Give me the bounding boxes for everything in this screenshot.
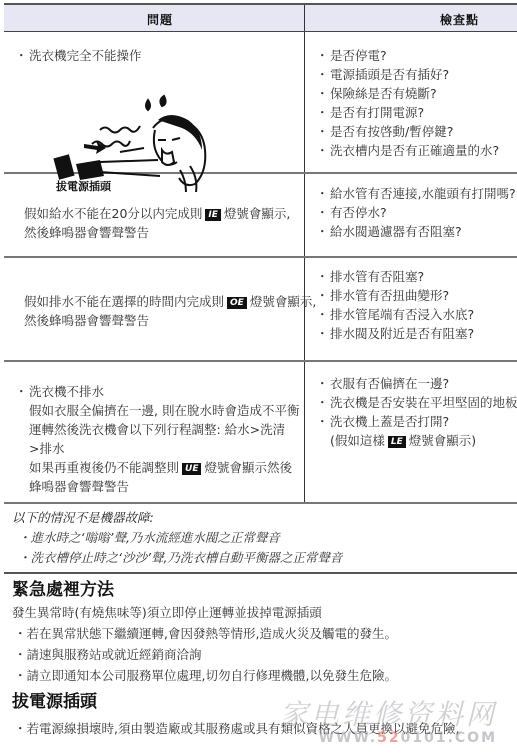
problem-text: 燈號會顯示, xyxy=(224,206,290,221)
emergency-intro: 發生異常時(有燒焦味等)須立即停止運轉並拔掉電源插頭 xyxy=(12,602,397,623)
problem-cell: 洗衣機完全不能操作 xyxy=(4,32,305,172)
unplug-item: 若電源線損壞時,須由製造廠或其服務處或具有類似資格之人員更換以避免危險, xyxy=(12,718,459,739)
table-row: 假如給水不能在20分以内完成則IE燈號會顯示, 然後蜂鳴器會響聲警告 給水管有否… xyxy=(4,174,517,258)
header-problem-cell: 問題 xyxy=(4,5,305,31)
error-code-badge: IE xyxy=(205,209,221,221)
problem-cell: 洗衣機不排水 假如衣服全偏擠在一邊, 則在脫水時會造成不平衡 運轉然後洗衣機會以… xyxy=(4,362,305,502)
header-check: 檢查點 xyxy=(440,11,479,28)
error-code-badge: OE xyxy=(227,297,247,309)
problem-bullet: 洗衣機完全不能操作 xyxy=(15,46,142,65)
section-divider xyxy=(4,572,517,574)
problem-text: 然後蜂鳴器會響聲警告 xyxy=(24,223,290,242)
troubleshooting-table: 問題 檢查點 洗衣機完全不能操作 xyxy=(4,3,517,504)
problem-text: 然後蜂鳴器會響聲警告 xyxy=(24,311,316,330)
problem-cell: 假如給水不能在20分以内完成則IE燈號會顯示, 然後蜂鳴器會響聲警告 xyxy=(4,174,305,256)
emergency-item: 若在異常狀態下繼續運轉,會因發熱等情形,造成火災及觸電的發生。 xyxy=(12,623,397,644)
check-cell: 是否停電? 電源插頭是否有插好? 保險絲是否有燒斷? 是否有打開電源? 是否有按… xyxy=(305,32,517,172)
check-item: 保險絲是否有燒斷? xyxy=(316,84,499,103)
header-check-cell: 檢查點 xyxy=(305,5,517,31)
problem-text: 運轉然後洗衣機會以下列行程調整: 給水>洗清 xyxy=(29,420,299,439)
check-item: 衣服有否偏擠在一邊? xyxy=(316,374,517,393)
note-item: 進水時之‘嗡嗡’聲,乃水流經進水閥之正常聲音 xyxy=(12,528,342,548)
table-row: 假如排水不能在選擇的時間内完成則OE燈號會顯示, 然後蜂鳴器會響聲警告 排水管有… xyxy=(4,258,517,362)
problem-cell: 假如排水不能在選擇的時間内完成則OE燈號會顯示, 然後蜂鳴器會響聲警告 xyxy=(4,258,305,360)
check-item: 洗衣機是否安裝在平坦堅固的地板? xyxy=(316,393,517,412)
check-item: 是否停電? xyxy=(316,46,499,65)
table-row: 洗衣機不排水 假如衣服全偏擠在一邊, 則在脫水時會造成不平衡 運轉然後洗衣機會以… xyxy=(4,362,517,504)
problem-text: 蜂鳴器會響聲警告 xyxy=(29,477,299,496)
check-item: 是否有按啓動/暫停鍵? xyxy=(316,122,499,141)
check-item: 排水管有否阻塞? xyxy=(316,267,474,286)
check-cell: 排水管有否阻塞? 排水管有否扭曲變形? 排水管尾端有否浸入水底? 排水閥及附近是… xyxy=(305,258,517,360)
check-cell: 給水管有否連接,水龍頭有打開嗎? 有否停水? 給水閥過濾器有否阻塞? xyxy=(305,174,517,256)
check-item: 排水管有否扭曲變形? xyxy=(316,286,474,305)
problem-text: 假如排水不能在選擇的時間内完成則 xyxy=(24,294,224,309)
problem-text: 假如給水不能在20分以内完成則 xyxy=(24,206,202,221)
check-note: (假如這樣 xyxy=(330,433,385,448)
unplug-title: 拔電源插頭 xyxy=(12,690,459,714)
emergency-item: 請立即通知本公司服務單位處理,切勿自行修理機體,以免發生危險。 xyxy=(12,665,397,686)
check-item: 電源插頭是否有插好? xyxy=(316,65,499,84)
check-item: 洗衣機上蓋是否打開? xyxy=(316,412,517,431)
check-item: 給水管有否連接,水龍頭有打開嗎? xyxy=(316,184,516,203)
check-item: 給水閥過濾器有否阻塞? xyxy=(316,222,516,241)
note-title: 以下的情況不是機器故障: xyxy=(12,508,342,528)
not-malfunction-note: 以下的情況不是機器故障: 進水時之‘嗡嗡’聲,乃水流經進水閥之正常聲音 洗衣槽停… xyxy=(12,508,342,568)
check-item: 洗衣槽内是否有正確適量的水? xyxy=(316,141,499,160)
problem-bullet: 洗衣機不排水 xyxy=(15,382,299,401)
unplug-section: 拔電源插頭 若電源線損壞時,須由製造廠或其服務處或具有類似資格之人員更換以避免危… xyxy=(12,690,459,739)
problem-text: 如果再重複後仍不能調整則 xyxy=(29,460,179,475)
error-code-badge: UE xyxy=(182,463,201,475)
error-code-badge: LE xyxy=(388,436,406,448)
check-note: 燈號會顯示) xyxy=(409,433,476,448)
problem-text: >排水 xyxy=(29,439,299,458)
emergency-title: 緊急處裡方法 xyxy=(12,578,397,602)
check-item: 是否有打開電源? xyxy=(316,103,499,122)
check-cell: 衣服有否偏擠在一邊? 洗衣機是否安裝在平坦堅固的地板? 洗衣機上蓋是否打開? (… xyxy=(305,362,517,502)
problem-text: 燈號會顯示然後 xyxy=(204,460,292,475)
emergency-item: 請速與服務站或就近經銷商洽詢 xyxy=(12,644,397,665)
table-header-row: 問題 檢查點 xyxy=(4,5,517,32)
note-item: 洗衣槽停止時之‘沙沙’聲,乃洗衣槽自動平衡器之正常聲音 xyxy=(12,548,342,568)
emergency-section: 緊急處裡方法 發生異常時(有燒焦味等)須立即停止運轉並拔掉電源插頭 若在異常狀態… xyxy=(12,578,397,686)
table-row: 洗衣機完全不能操作 xyxy=(4,32,517,174)
problem-text: 假如衣服全偏擠在一邊, 則在脫水時會造成不平衡 xyxy=(29,401,299,420)
check-item: 有否停水? xyxy=(316,203,516,222)
check-item: 排水管尾端有否浸入水底? xyxy=(316,305,474,324)
header-problem: 問題 xyxy=(147,11,173,28)
check-item: 排水閥及附近是否有阻塞? xyxy=(316,324,474,343)
